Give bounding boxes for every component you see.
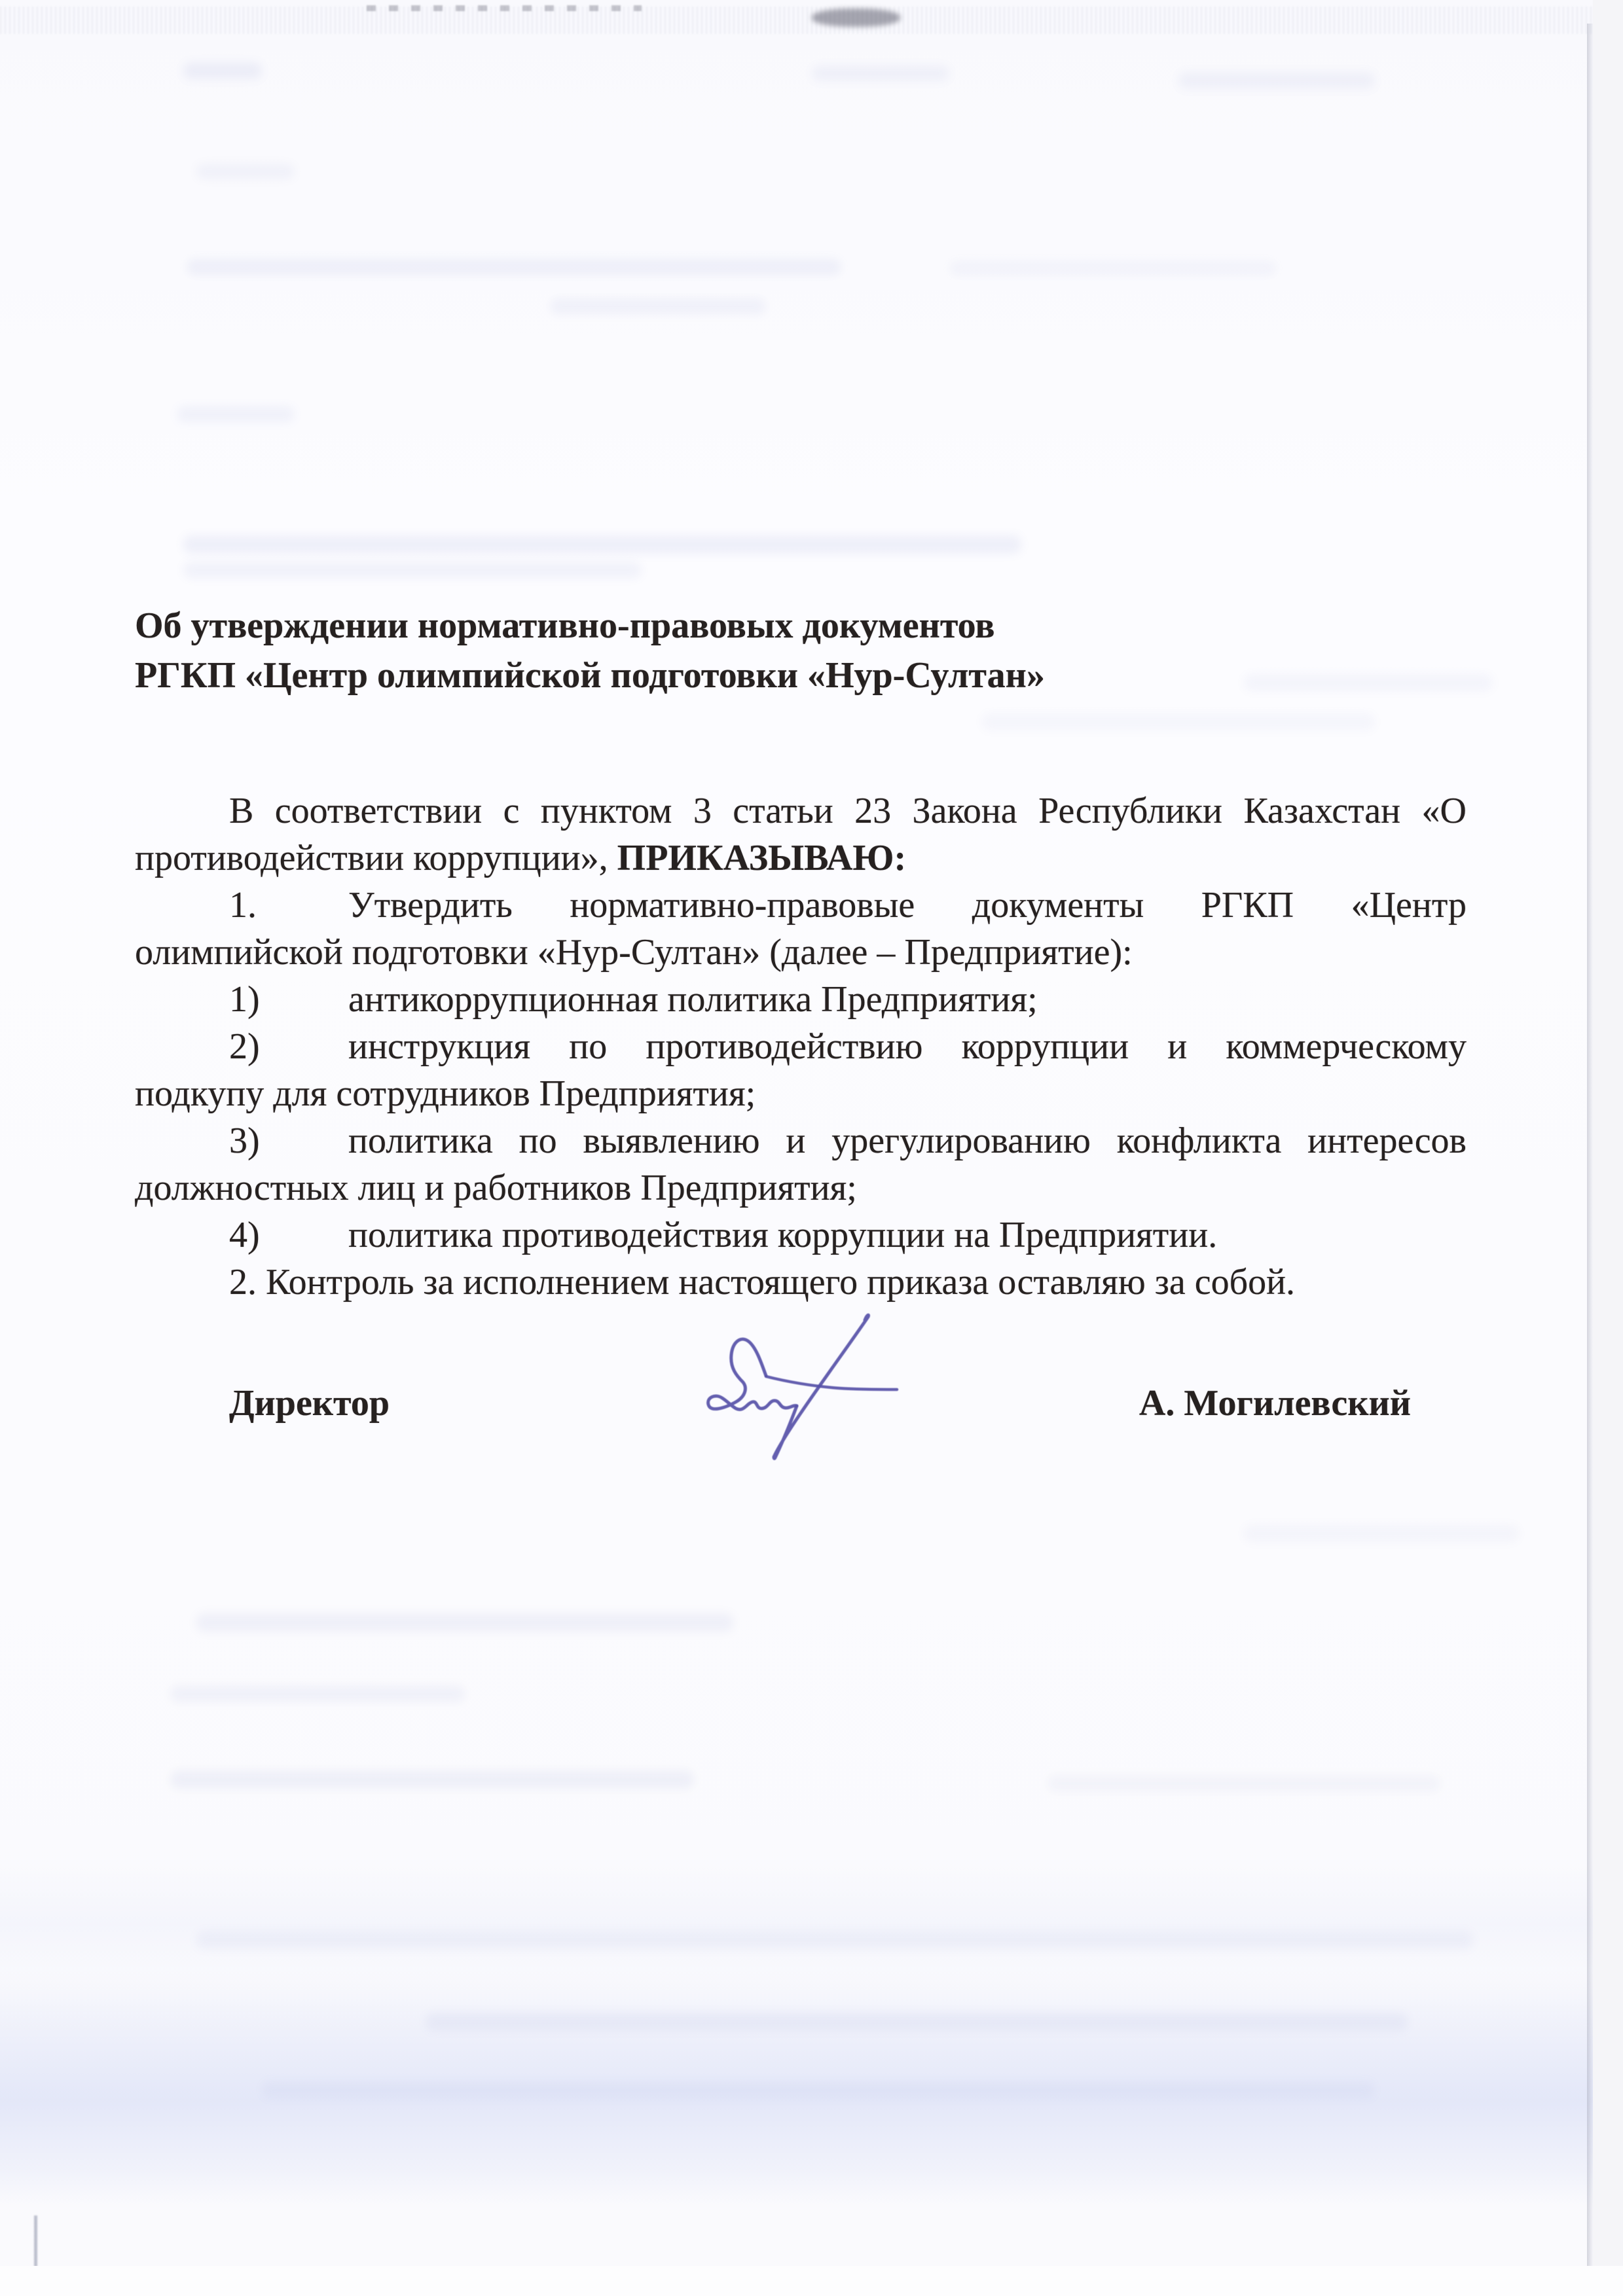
order-text-line: противодействии коррупции», ПРИКАЗЫВАЮ: (135, 834, 1467, 882)
scan-page-right-edge (1593, 0, 1623, 2296)
order-text-line: олимпийской подготовки «Нур-Султан» (дал… (135, 929, 1467, 976)
bleed-through-artifact (949, 260, 1277, 276)
bleed-through-artifact (187, 259, 841, 276)
bleed-through-artifact (183, 562, 642, 579)
order-text-line: 2)инструкция по противодействию коррупци… (135, 1023, 1467, 1070)
list-number: 2) (229, 1023, 348, 1070)
order-text-line: 1.Утвердить нормативно-правовые документ… (135, 882, 1467, 929)
order-body-text: В соответствии с пунктом 3 статьи 23 Зак… (135, 787, 1467, 1306)
bleed-through-artifact (550, 298, 766, 315)
text-segment: инструкция по противодействию коррупции … (348, 1026, 1467, 1067)
bleed-through-artifact (812, 65, 949, 81)
list-number: 1) (229, 976, 348, 1023)
list-number: 3) (229, 1117, 348, 1164)
bleed-through-artifact (982, 713, 1375, 730)
text-segment: подкупу для сотрудников Предприятия; (135, 1073, 756, 1114)
text-segment: политика по выявлению и урегулированию к… (348, 1121, 1467, 1161)
order-text-line: 3)политика по выявлению и урегулированию… (135, 1117, 1467, 1164)
scan-top-dashes (367, 5, 642, 11)
text-segment: В соответствии с пунктом 3 статьи 23 Зак… (229, 791, 1467, 831)
text-segment: 2. Контроль за исполнением настоящего пр… (229, 1262, 1295, 1302)
bleed-through-artifact (1048, 1775, 1440, 1792)
scan-top-smudge (812, 9, 900, 27)
signatory-role: Директор (229, 1382, 390, 1424)
order-text-line: 4)политика противодействия коррупции на … (135, 1211, 1467, 1259)
scan-tint-band-bottom (0, 1970, 1623, 2206)
list-number: 1. (229, 882, 348, 929)
bleed-through-artifact (1244, 1525, 1519, 1542)
bleed-through-artifact (183, 62, 262, 79)
bleed-through-artifact (262, 2081, 1375, 2098)
signatory-name: А. Могилевский (1139, 1382, 1411, 1424)
bleed-through-artifact (196, 1931, 1473, 1949)
scan-bottom-strip (0, 2266, 1623, 2296)
document-title: Об утверждении нормативно-правовых докум… (135, 601, 1467, 700)
bleed-through-artifact (196, 164, 295, 179)
bleed-through-artifact (170, 1685, 465, 1702)
text-segment: ПРИКАЗЫВАЮ: (617, 838, 907, 878)
bleed-through-artifact (170, 1770, 694, 1789)
handwritten-signature (681, 1302, 917, 1479)
title-line-1: Об утверждении нормативно-правовых докум… (135, 601, 1467, 651)
order-text-line: 1)антикоррупционная политика Предприятия… (135, 976, 1467, 1023)
scan-left-edge-mark (34, 2215, 37, 2271)
bleed-through-artifact (426, 2013, 1408, 2031)
bleed-through-artifact (183, 535, 1021, 554)
list-number: 4) (229, 1211, 348, 1259)
text-segment: должностных лиц и работников Предприятия… (135, 1168, 857, 1208)
title-line-2: РГКП «Центр олимпийской подготовки «Нур-… (135, 651, 1467, 700)
scan-tint-band-middle (0, 1859, 1623, 1990)
text-segment: Утвердить нормативно-правовые документы … (348, 885, 1467, 925)
text-segment: олимпийской подготовки «Нур-Султан» (дал… (135, 932, 1133, 973)
scan-right-edge-line (1587, 24, 1593, 2271)
scan-top-noise-band (0, 7, 1623, 34)
order-text-line: В соответствии с пунктом 3 статьи 23 Зак… (135, 787, 1467, 834)
order-text-line: подкупу для сотрудников Предприятия; (135, 1070, 1467, 1117)
bleed-through-artifact (177, 406, 295, 423)
bleed-through-artifact (1178, 72, 1375, 89)
bleed-through-artifact (196, 1613, 733, 1632)
scanned-document-page: Об утверждении нормативно-правовых докум… (0, 0, 1623, 2296)
text-segment: политика противодействия коррупции на Пр… (348, 1215, 1217, 1255)
text-segment: противодействии коррупции», (135, 838, 617, 878)
text-segment: антикоррупционная политика Предприятия; (348, 979, 1038, 1020)
order-text-line: должностных лиц и работников Предприятия… (135, 1164, 1467, 1211)
order-text-line: 2. Контроль за исполнением настоящего пр… (135, 1259, 1467, 1306)
